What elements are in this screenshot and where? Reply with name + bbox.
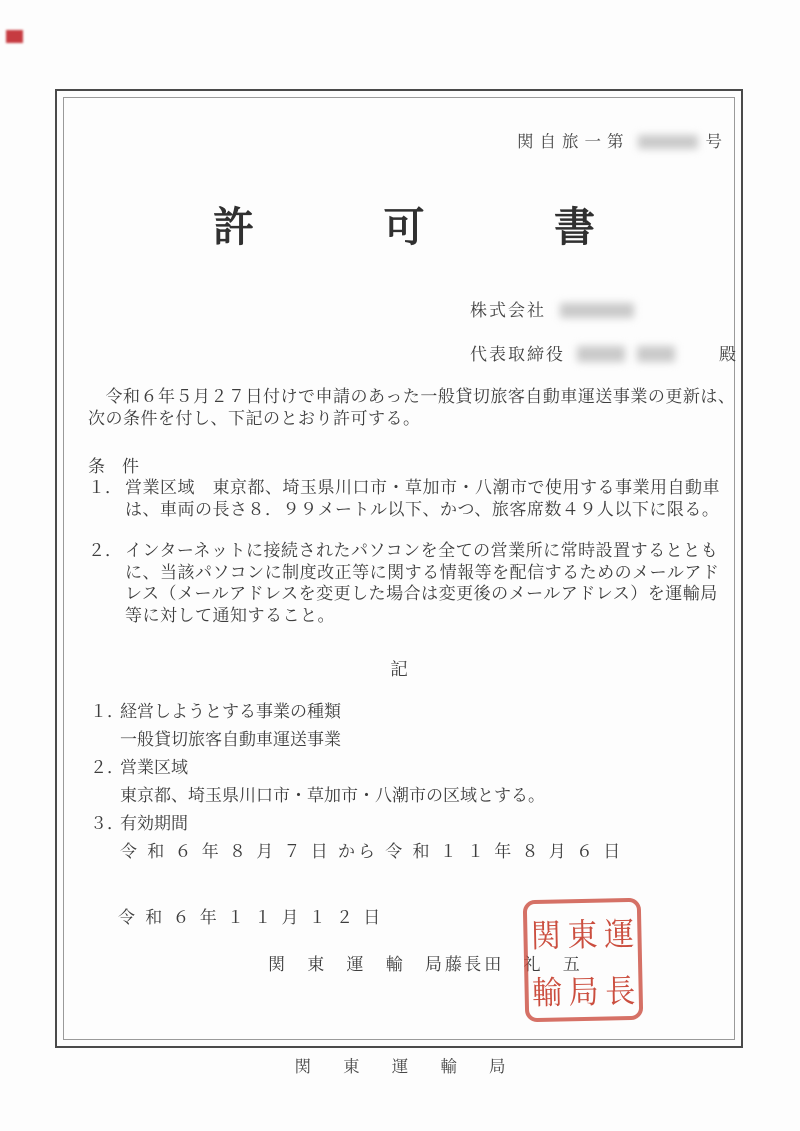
conditions-list: １． 営業区域 東京都、埼玉県川口市・草加市・八潮市で使用する事業用自動車は、車… [88,477,725,626]
title-char: 書 [554,194,595,253]
document-title: 許 可 書 [213,194,595,253]
recipient-company-line: 株式会社 [470,296,738,321]
item-label-row: ３． 有効期間 [90,810,623,838]
conditions-heading: 条 件 [88,452,139,477]
honorific: 殿 [719,345,738,364]
item-label: 有効期間 [120,810,188,838]
condition-text: 営業区域 東京都、埼玉県川口市・草加市・八潮市で使用する事業用自動車は、車両の長… [125,477,725,520]
redacted-company-name [560,303,634,318]
company-prefix: 株式会社 [470,301,546,320]
item-number: ３． [90,810,120,838]
recipient-block: 株式会社 代表取締役殿 [470,296,738,365]
condition-item: １． 営業区域 東京都、埼玉県川口市・草加市・八潮市で使用する事業用自動車は、車… [88,477,725,520]
seal-char: 輸 [531,965,562,1013]
issue-date: 令 和 ６ 年 １ １ 月 １ ２ 日 [118,903,383,928]
official-red-seal: 関 輸 東 局 運 長 [523,898,644,1022]
item-number: ２． [90,754,120,782]
condition-number: ２． [88,540,125,626]
intro-paragraph: 令和６年５月２７日付けで申請のあった一般貸切旅客自動車運送事業の更新は、次の条件… [88,386,748,430]
item-number: １． [90,698,120,726]
redacted-document-number [638,135,698,149]
item-label-row: １． 経営しようとする事業の種類 [90,698,623,726]
item-label: 営業区域 [120,754,188,782]
recipient-representative-line: 代表取締役殿 [470,340,738,365]
condition-number: １． [88,477,125,520]
item-label: 経営しようとする事業の種類 [120,698,341,726]
seal-char: 関 [530,908,561,956]
seal-char: 長 [605,964,636,1012]
item-label-row: ２． 営業区域 [90,754,623,782]
seal-char: 運 [604,907,635,955]
item-value: 東京都、埼玉県川口市・草加市・八潮市の区域とする。 [120,782,623,810]
item-value: 一般貸切旅客自動車運送事業 [120,726,623,754]
condition-item: ２． インターネットに接続されたパソコンを全ての営業所に常時設置するとともに、当… [88,540,725,626]
redacted-representative-surname [577,346,625,362]
title-char: 可 [384,194,425,253]
redacted-representative-givenname [637,346,675,362]
title-char: 許 [213,194,254,253]
red-corner-mark [6,30,23,43]
document-number: 関自旅一第号 [517,128,728,152]
document-number-prefix: 関自旅一第 [517,132,630,151]
condition-text: インターネットに接続されたパソコンを全ての営業所に常時設置するとともに、当該パソ… [125,540,725,626]
seal-char: 東 [567,907,598,955]
document-number-suffix: 号 [706,132,729,151]
permit-document-page: 関自旅一第号 許 可 書 株式会社 代表取締役殿 令和６年５月２７日付けで申請の… [0,0,800,1131]
ki-heading: 記 [64,656,734,681]
issuing-organization: 関 東 運 輸 局 [0,1053,800,1077]
enumerated-items: １． 経営しようとする事業の種類 一般貸切旅客自動車運送事業 ２． 営業区域 東… [90,698,623,866]
seal-char: 局 [568,964,599,1012]
representative-prefix: 代表取締役 [470,345,565,364]
item-value-validity-period: 令 和 ６ 年 ８ 月 ７ 日 から 令 和 １ １ 年 ８ 月 ６ 日 [120,838,623,866]
